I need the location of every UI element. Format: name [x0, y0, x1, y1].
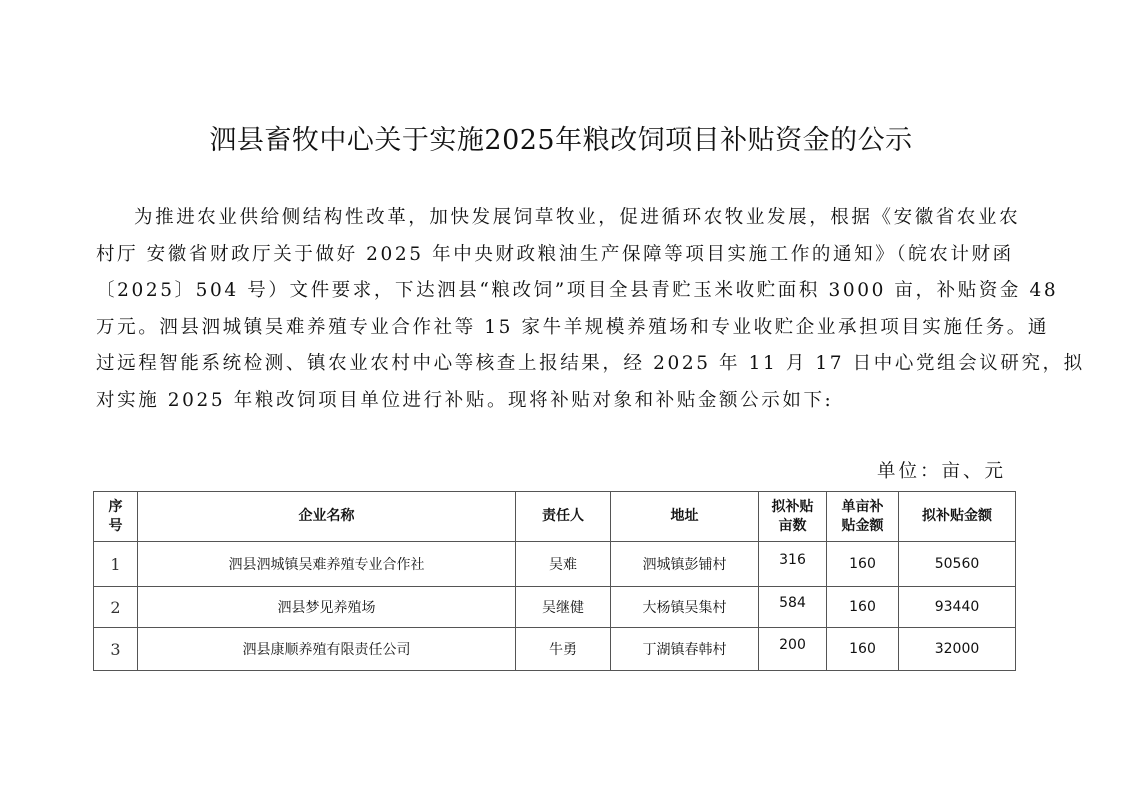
header-per-mu-line2: 贴金额	[842, 518, 884, 534]
header-address: 地址	[611, 492, 759, 542]
cell-seq: 1	[94, 542, 138, 587]
subsidy-table: 序 号 企业名称 责任人 地址 拟补贴 亩数 单亩补 贴金额 拟补贴金额 1 泗…	[93, 491, 1016, 671]
cell-company: 泗县梦见养殖场	[138, 587, 516, 628]
cell-address: 泗城镇彭铺村	[611, 542, 759, 587]
table-header-row: 序 号 企业名称 责任人 地址 拟补贴 亩数 单亩补 贴金额 拟补贴金额	[94, 492, 1016, 542]
paragraph-line: 为推进农业供给侧结构性改革，加快发展饲草牧业，促进循环农牧业发展，根据《安徽省农…	[96, 200, 1036, 237]
header-area-line2: 亩数	[779, 518, 807, 534]
header-person: 责任人	[516, 492, 611, 542]
cell-person: 牛勇	[516, 628, 611, 671]
table-row: 2 泗县梦见养殖场 吴继健 大杨镇吴集村 584 160 93440	[94, 587, 1016, 628]
cell-per-mu: 160	[827, 587, 899, 628]
announcement-body: 为推进农业供给侧结构性改革，加快发展饲草牧业，促进循环农牧业发展，根据《安徽省农…	[96, 200, 1036, 419]
cell-area: 584	[759, 587, 827, 628]
cell-person: 吴继健	[516, 587, 611, 628]
cell-amount: 50560	[899, 542, 1016, 587]
page-title: 泗县畜牧中心关于实施2025年粮改饲项目补贴资金的公示	[0, 118, 1122, 157]
cell-address: 大杨镇吴集村	[611, 587, 759, 628]
header-seq: 序 号	[94, 492, 138, 542]
cell-seq: 2	[94, 587, 138, 628]
paragraph-line: 〔2025〕504 号）文件要求，下达泗县“粮改饲”项目全县青贮玉米收贮面积 3…	[96, 273, 1036, 310]
cell-company: 泗县泗城镇吴难养殖专业合作社	[138, 542, 516, 587]
header-seq-line2: 号	[109, 518, 123, 534]
cell-area: 316	[759, 542, 827, 587]
paragraph-line: 对实施 2025 年粮改饲项目单位进行补贴。现将补贴对象和补贴金额公示如下:	[96, 383, 1036, 420]
cell-address: 丁湖镇春韩村	[611, 628, 759, 671]
table-row: 1 泗县泗城镇吴难养殖专业合作社 吴难 泗城镇彭铺村 316 160 50560	[94, 542, 1016, 587]
header-per-mu-line1: 单亩补	[842, 499, 884, 515]
header-per-mu: 单亩补 贴金额	[827, 492, 899, 542]
header-amount: 拟补贴金额	[899, 492, 1016, 542]
cell-per-mu: 160	[827, 628, 899, 671]
cell-person: 吴难	[516, 542, 611, 587]
header-seq-line1: 序	[109, 499, 123, 515]
header-area: 拟补贴 亩数	[759, 492, 827, 542]
header-company: 企业名称	[138, 492, 516, 542]
cell-company: 泗县康顺养殖有限责任公司	[138, 628, 516, 671]
paragraph-line: 过远程智能系统检测、镇农业农村中心等核查上报结果，经 2025 年 11 月 1…	[96, 346, 1036, 383]
paragraph-line: 村厅 安徽省财政厅关于做好 2025 年中央财政粮油生产保障等项目实施工作的通知…	[96, 237, 1036, 274]
paragraph-line: 万元。泗县泗城镇吴难养殖专业合作社等 15 家牛羊规模养殖场和专业收贮企业承担项…	[96, 310, 1036, 347]
cell-seq: 3	[94, 628, 138, 671]
cell-per-mu: 160	[827, 542, 899, 587]
cell-amount: 93440	[899, 587, 1016, 628]
table-row: 3 泗县康顺养殖有限责任公司 牛勇 丁湖镇春韩村 200 160 32000	[94, 628, 1016, 671]
cell-amount: 32000	[899, 628, 1016, 671]
header-area-line1: 拟补贴	[772, 499, 814, 515]
unit-label: 单位：亩、元	[877, 457, 1006, 483]
cell-area: 200	[759, 628, 827, 671]
